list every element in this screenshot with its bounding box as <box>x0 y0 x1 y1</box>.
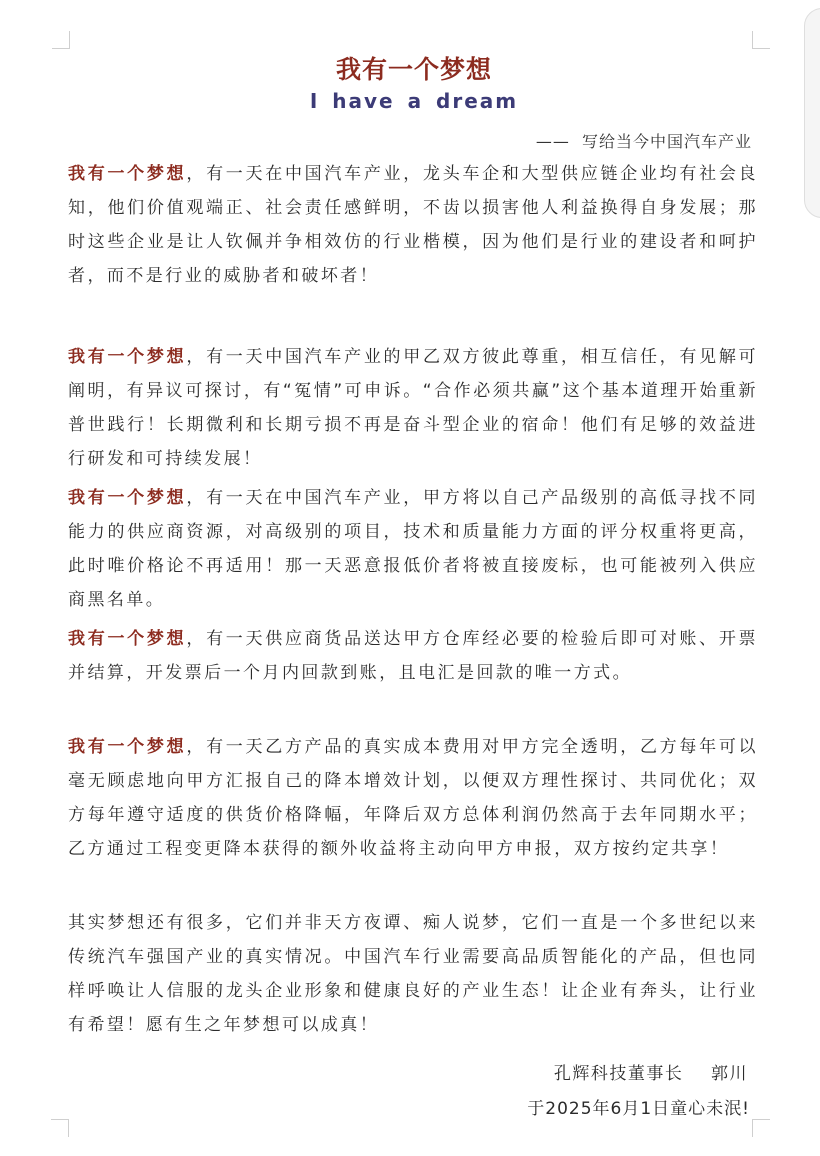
paragraph-3: 我有一个梦想，有一天在中国汽车产业，甲方将以自己产品级别的高低寻找不同能力的供应… <box>68 481 758 617</box>
page-corner-mark-bottom-left <box>51 1119 69 1137</box>
document-title: 我有一个梦想 <box>0 50 820 86</box>
document-subtitle: I have a dream <box>0 89 820 113</box>
paragraph-lead: 我有一个梦想 <box>68 164 186 184</box>
author-signature: 孔辉科技董事长 郭川 <box>554 1059 748 1084</box>
paragraph-lead: 我有一个梦想 <box>68 629 186 649</box>
signature-date: 于2025年6月1日童心未泯! <box>527 1094 750 1119</box>
side-scroll-handle[interactable] <box>804 8 820 218</box>
paragraph-lead: 我有一个梦想 <box>68 488 186 508</box>
paragraph-conclusion: 其实梦想还有很多，它们并非天方夜谭、痴人说梦，它们一直是一个多世纪以来传统汽车强… <box>68 906 758 1042</box>
page-corner-mark-top-right <box>752 31 770 49</box>
paragraph-4: 我有一个梦想，有一天供应商货品送达甲方仓库经必要的检验后即可对账、开票并结算，开… <box>68 622 758 690</box>
document-attribution: —— 写给当今中国汽车产业 <box>536 129 752 152</box>
page-corner-mark-top-left <box>52 31 70 49</box>
paragraph-lead: 我有一个梦想 <box>68 737 186 757</box>
paragraph-lead: 我有一个梦想 <box>68 347 186 367</box>
paragraph-1: 我有一个梦想，有一天在中国汽车产业，龙头车企和大型供应链企业均有社会良知，他们价… <box>68 157 758 293</box>
paragraph-5: 我有一个梦想，有一天乙方产品的真实成本费用对甲方完全透明，乙方每年可以毫无顾虑地… <box>68 730 758 866</box>
paragraph-2: 我有一个梦想，有一天中国汽车产业的甲乙双方彼此尊重，相互信任，有见解可阐明，有异… <box>68 340 758 476</box>
page-corner-mark-bottom-right <box>752 1119 770 1137</box>
paragraph-text: 其实梦想还有很多，它们并非天方夜谭、痴人说梦，它们一直是一个多世纪以来传统汽车强… <box>68 913 758 1035</box>
